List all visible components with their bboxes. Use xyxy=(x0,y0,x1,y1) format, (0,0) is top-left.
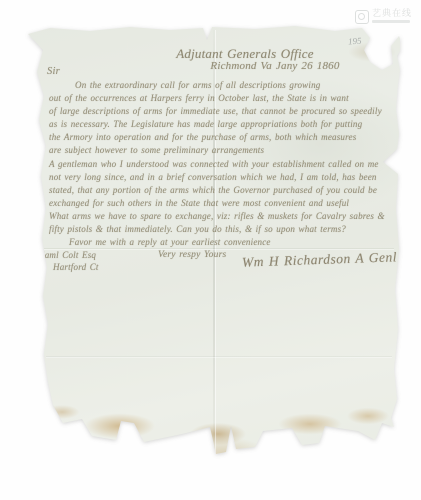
handwritten-line: are subject however to some preliminary … xyxy=(49,144,395,157)
photo-background: 艺典在线 195 Adjutant Generals Office Richmo… xyxy=(0,0,421,500)
watermark-text: 艺典在线 xyxy=(372,9,412,19)
handwritten-line: as is necessary. The Legislature has mad… xyxy=(49,118,395,131)
letter-body: On the extraordinary call for arms of al… xyxy=(49,79,395,249)
handwritten-line: stated, that any portion of the arms whi… xyxy=(49,184,395,197)
handwritten-line: Favor me with a reply at your earliest c… xyxy=(49,236,395,249)
handwritten-line: fifty pistols & that immediately. Can yo… xyxy=(49,223,395,236)
handwritten-line: exchanged for such others in the State t… xyxy=(49,197,395,210)
fold-crease-horizontal-2 xyxy=(46,356,392,357)
handwritten-line: What arms we have to spare to exchange, … xyxy=(49,210,395,223)
handwritten-line: A gentleman who I understood was connect… xyxy=(49,158,395,171)
handwritten-line: the Armory into operation and for the pu… xyxy=(49,131,395,144)
watermark-logo-icon xyxy=(355,10,369,24)
letterhead-dateline: Richmond Va Jany 26 1860 xyxy=(170,60,380,72)
letter-document: 195 Adjutant Generals Office Richmond Va… xyxy=(20,24,400,462)
handwritten-line: On the extraordinary call for arms of al… xyxy=(49,79,395,92)
handwritten-line: of large descriptions of arms for immedi… xyxy=(49,105,395,118)
watermark-subline xyxy=(372,20,410,23)
aged-paper: 195 Adjutant Generals Office Richmond Va… xyxy=(20,24,400,462)
addressee-name: Saml Colt Esq xyxy=(40,250,96,260)
signature: Wm H Richardson A Genl xyxy=(242,249,397,270)
addressee-city: Hartford Ct xyxy=(53,262,99,272)
closing-phrase: Very respy Yours xyxy=(158,250,226,260)
handwritten-line: out of the occurrences at Harpers ferry … xyxy=(49,92,395,105)
handwritten-line: not very long since, and in a brief conv… xyxy=(49,171,395,184)
page-number: 195 xyxy=(348,36,362,47)
salutation: Sir xyxy=(47,66,60,77)
